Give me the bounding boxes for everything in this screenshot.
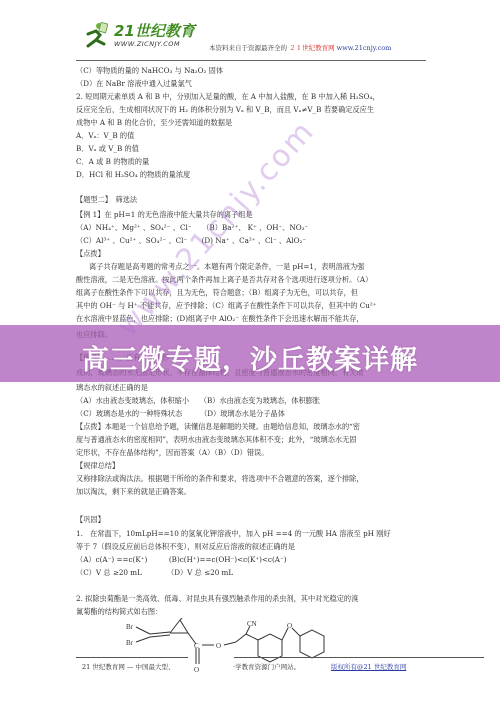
- example-2-options-ab: （A）水由液态变玻璃态，体积缩小 （B）水由液态变为玻璃态，体积膨胀: [76, 394, 320, 407]
- practice-1-line-2: 等于 7（假设反应前后总体积不变），则对反应后溶液的叙述正确的是: [76, 540, 295, 553]
- document-page: 21世纪教育 WWW.ZICNJY.COM 本资料来自于资源最齐全的 ２１世纪教…: [0, 0, 500, 707]
- logo-text: 21世纪教育: [114, 20, 195, 41]
- page-header: 21世纪教育 WWW.ZICNJY.COM 本资料来自于资源最齐全的 ２１世纪教…: [76, 12, 426, 54]
- atom-o-carbonyl: O: [194, 666, 199, 674]
- hint-2-line-2: 度与普通液态水的密度相同”，表明水由液态变玻璃态其体积不变；此外，“玻璃态水无固: [76, 433, 356, 446]
- footer-mid-text: ·学教育资源门户网站。: [233, 662, 300, 671]
- answer-b: B．Vₐ 或 V_B 的值: [76, 142, 139, 155]
- logo-url: WWW.ZICNJY.COM: [114, 40, 180, 48]
- footer-left-text: 21 世纪教育网 — 中国最大型、: [82, 662, 174, 671]
- option-d: （D）在 NaBr 溶液中通入过量氯气: [76, 77, 192, 90]
- deltamethrin-structure-diagram: Br Br C O O CN O: [120, 618, 340, 698]
- question-2-line-1: 2. 短周期元素单质 A 和 B 中，分别加入足量的酸，在 A 中加入盐酸，在 …: [76, 90, 380, 103]
- practice-2-line-1: 2. 拟除虫菊酯是一类高效、低毒、对昆虫具有强烈触杀作用的杀虫剂，其中对光稳定的…: [76, 592, 358, 605]
- note-url[interactable]: www.21cnjy.com: [337, 44, 392, 52]
- footer-divider-right: [234, 657, 484, 658]
- banner-title: 高三微专题，沙丘教案详解: [0, 338, 500, 377]
- group-cn: CN: [247, 620, 257, 628]
- question-2-line-2: 反应完全后，生成相同状况下的 H₂ 的体积分别为 Vₐ 和 V_B，而且 Vₐ≠…: [76, 103, 374, 116]
- question-2-line-3: 成物中 A 和 B 的化合价，至少还需知道的数据是: [76, 116, 232, 129]
- example-2-options-cd: （C）玻璃态是水的一种特殊状态 （D）玻璃态水是分子晶体: [76, 407, 285, 420]
- svg-text:O: O: [287, 622, 292, 630]
- site-logo[interactable]: 21世纪教育 WWW.ZICNJY.COM: [76, 14, 196, 50]
- hint-2-line-1: 【点拨】本题是一个信息给予题，读懂信息是解题的关键。由题给信息知，玻璃态水的“密: [76, 420, 360, 433]
- practice-heading: 【巩固】: [76, 513, 105, 526]
- summary-line-2: 加以淘汰，剩下来的就是正确答案。: [76, 485, 191, 498]
- header-source-note: 本资料来自于资源最齐全的 ２１世纪教育网 www.21cnjy.com: [209, 43, 391, 52]
- example-2-line-3: 璃态水的叙述正确的是: [76, 381, 148, 394]
- answer-d: D．HCl 和 H₂SO₄ 的物质的量浓度: [76, 168, 190, 181]
- practice-2-line-2: 氰菊酯的结构简式如右图：: [76, 605, 162, 618]
- header-divider: [76, 60, 426, 61]
- runner-logo-icon: [84, 22, 108, 48]
- note-brand: ２１世纪教育网: [289, 44, 335, 52]
- hint-heading: 【点拨】: [76, 247, 105, 260]
- atom-br-2: Br: [126, 639, 134, 647]
- atom-o-ester: O: [216, 642, 221, 650]
- copyright-link[interactable]: 版权所有@21 世纪教育网: [331, 662, 406, 671]
- hint-line-3: 组离子在酸性条件下可以共存，且为无色，符合题意；（B）组离子为无色，可以共存，但: [76, 286, 358, 299]
- option-c: （C）等物质的量的 NaHCO₃ 与 Na₂O₂ 固体: [76, 64, 223, 77]
- atom-br-1: Br: [126, 623, 134, 631]
- practice-1-options-cd: （C）V 总 ≥20 mL （D）V 总 ≤20 mL: [76, 566, 233, 579]
- answer-c: C．A 或 B 的物质的量: [76, 155, 149, 168]
- practice-1-line-1: 1. 在常温下，10mLpH==10 的氢氧化钾溶液中，加入 pH ==4 的一…: [76, 527, 391, 540]
- practice-1-options-ab: （A）c(A⁻) ==c(K⁺) (B)c(H⁺)==c(OH⁻)<c(K⁺)<…: [76, 553, 287, 566]
- hint-line-2: 酸性溶液，二是无色溶液。按此两个条件再加上离子是否共存对各个选项进行逐项分析。（…: [76, 273, 372, 286]
- answer-a: A．Vₐ：V_B 的值: [76, 129, 134, 142]
- section-heading-screening: 【题型二】 筛选法: [76, 193, 137, 206]
- hint-2-line-3: 定形状，不存在晶体结构”，因而答案（A）（B）（D）错误。: [76, 446, 268, 459]
- note-prefix: 本资料来自于资源最齐全的: [209, 44, 287, 52]
- atom-c: C: [194, 642, 199, 650]
- summary-line-1: 又称排除法或淘汰法。根据题干所给的条件和要求，将选项中不合题意的答案，逐个排除，: [76, 472, 364, 485]
- hint-line-1: 离子共存题是高考题的常考点之一。本题有两个限定条件，一是 pH=1，表明溶液为强: [76, 260, 364, 273]
- summary-heading: 【规律总结】: [76, 459, 119, 472]
- footer-divider-left: [76, 657, 188, 658]
